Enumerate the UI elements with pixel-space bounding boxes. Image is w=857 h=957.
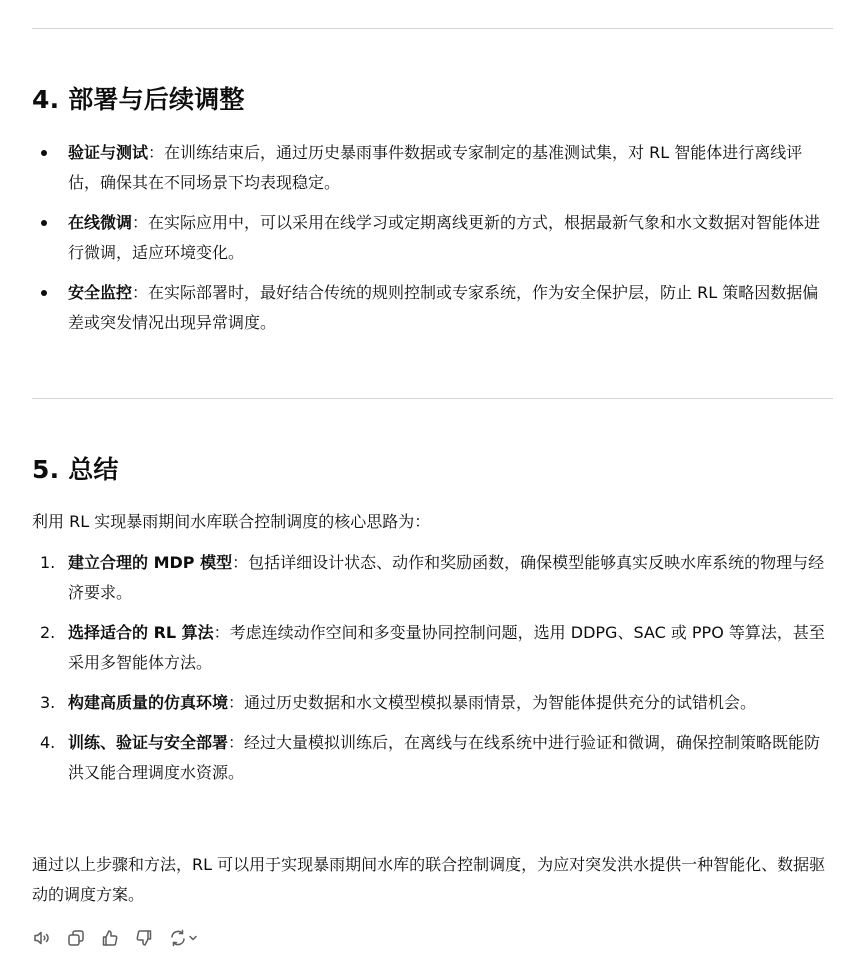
list-item: 验证与测试：在训练结束后，通过历史暴雨事件数据或专家制定的基准测试集，对 RL … bbox=[32, 138, 833, 198]
item-title: 安全监控 bbox=[68, 283, 132, 302]
refresh-icon bbox=[168, 928, 200, 948]
item-number: 3. bbox=[40, 688, 60, 718]
section-4-list: 验证与测试：在训练结束后，通过历史暴雨事件数据或专家制定的基准测试集，对 RL … bbox=[32, 138, 833, 338]
bullet-icon bbox=[41, 290, 47, 296]
section-5-intro: 利用 RL 实现暴雨期间水库联合控制调度的核心思路为： bbox=[32, 507, 833, 537]
list-item: 安全监控：在实际部署时，最好结合传统的规则控制或专家系统，作为安全保护层，防止 … bbox=[32, 278, 833, 338]
bullet-icon bbox=[41, 150, 47, 156]
item-number: 1. bbox=[40, 548, 60, 578]
copy-icon bbox=[66, 928, 86, 948]
section-4-heading: 4. 部署与后续调整 bbox=[32, 84, 245, 116]
list-item: 1. 建立合理的 MDP 模型：包括详细设计状态、动作和奖励函数，确保模型能够真… bbox=[32, 548, 833, 608]
section-5-list: 1. 建立合理的 MDP 模型：包括详细设计状态、动作和奖励函数，确保模型能够真… bbox=[32, 548, 833, 788]
good-response-button[interactable] bbox=[100, 928, 120, 948]
divider-middle bbox=[32, 398, 833, 399]
item-title: 建立合理的 MDP 模型 bbox=[68, 553, 232, 572]
item-text: ：在实际应用中，可以采用在线学习或定期离线更新的方式，根据最新气象和水文数据对智… bbox=[68, 213, 820, 262]
bad-response-button[interactable] bbox=[134, 928, 154, 948]
section-5-heading: 5. 总结 bbox=[32, 454, 119, 486]
read-aloud-button[interactable] bbox=[32, 928, 52, 948]
item-number: 4. bbox=[40, 728, 60, 758]
section-5-conclusion: 通过以上步骤和方法，RL 可以用于实现暴雨期间水库的联合控制调度，为应对突发洪水… bbox=[32, 850, 833, 910]
item-title: 在线微调 bbox=[68, 213, 132, 232]
item-title: 验证与测试 bbox=[68, 143, 148, 162]
list-item: 2. 选择适合的 RL 算法：考虑连续动作空间和多变量协同控制问题，选用 DDP… bbox=[32, 618, 833, 678]
speaker-icon bbox=[32, 928, 52, 948]
item-title: 构建高质量的仿真环境 bbox=[68, 693, 228, 712]
copy-button[interactable] bbox=[66, 928, 86, 948]
list-item: 在线微调：在实际应用中，可以采用在线学习或定期离线更新的方式，根据最新气象和水文… bbox=[32, 208, 833, 268]
bullet-icon bbox=[41, 220, 47, 226]
thumbs-up-icon bbox=[100, 928, 120, 948]
divider-top bbox=[32, 28, 833, 29]
item-text: ：在训练结束后，通过历史暴雨事件数据或专家制定的基准测试集，对 RL 智能体进行… bbox=[68, 143, 802, 192]
item-title: 训练、验证与安全部署 bbox=[68, 733, 228, 752]
regenerate-button[interactable] bbox=[168, 928, 200, 948]
list-item: 4. 训练、验证与安全部署：经过大量模拟训练后，在离线与在线系统中进行验证和微调… bbox=[32, 728, 833, 788]
item-text: ：在实际部署时，最好结合传统的规则控制或专家系统，作为安全保护层，防止 RL 策… bbox=[68, 283, 818, 332]
list-item: 3. 构建高质量的仿真环境：通过历史数据和水文模型模拟暴雨情景，为智能体提供充分… bbox=[32, 688, 833, 718]
message-actions bbox=[32, 926, 200, 950]
item-title: 选择适合的 RL 算法 bbox=[68, 623, 214, 642]
item-number: 2. bbox=[40, 618, 60, 648]
item-text: ：通过历史数据和水文模型模拟暴雨情景，为智能体提供充分的试错机会。 bbox=[228, 693, 756, 712]
thumbs-down-icon bbox=[134, 928, 154, 948]
